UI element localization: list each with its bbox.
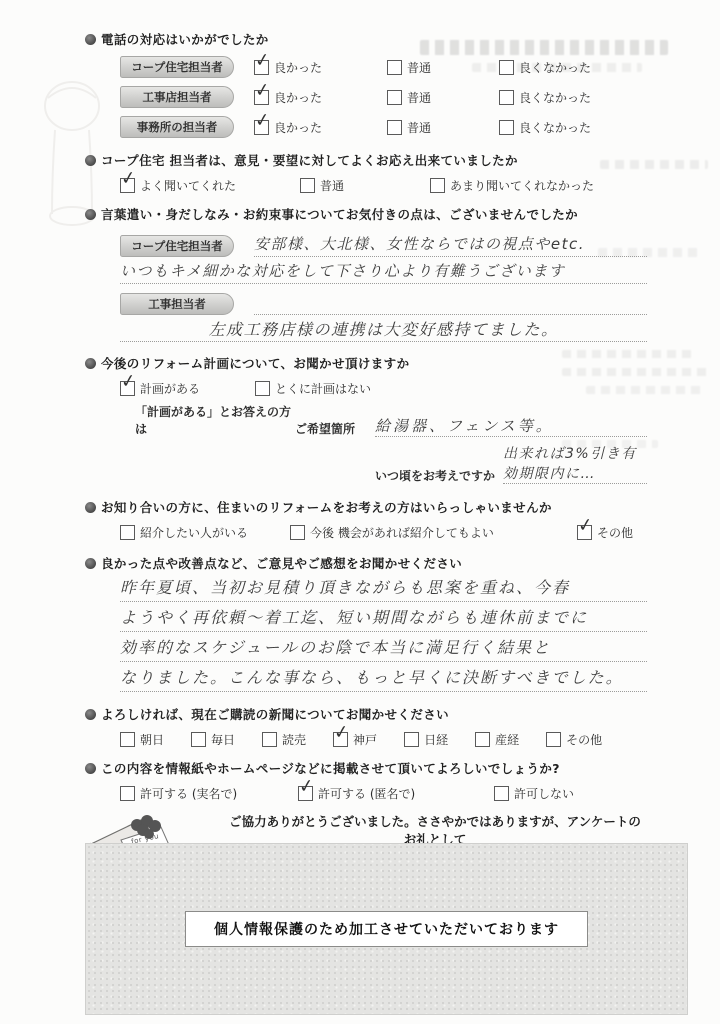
answer-line (254, 300, 647, 315)
option-normal: 普通 (387, 89, 499, 106)
section-referral: お知り合いの方に、住まいのリフォームをお考えの方はいらっしゃいませんか 紹介した… (85, 498, 647, 541)
section-feedback: 良かった点や改善点など、ご意見やご感想をお聞かせください 昨年夏頃、当初お見積り… (85, 554, 647, 692)
option-mainichi: 毎日 (191, 731, 235, 748)
handwritten-check-icon: ✓ (254, 81, 271, 101)
option-no-plan: とくに計画はない (255, 380, 371, 397)
staff-badge: 工事店担当者 (120, 86, 234, 108)
checkbox-listened[interactable]: ✓ (120, 178, 135, 193)
response-options: ✓よく聞いてくれた 普通 あまり聞いてくれなかった (120, 177, 647, 194)
handwritten-check-icon: ✓ (577, 516, 594, 536)
checkbox-has-plan[interactable]: ✓ (120, 381, 135, 396)
section-bullet-icon (85, 209, 96, 220)
handwritten-feedback: ようやく再依頼～着工迄、短い期間ながらも連休前までに (120, 605, 647, 632)
phone-row-kouji: 工事店担当者 ✓良かった 普通 良くなかった (120, 86, 647, 108)
checkbox-bad[interactable] (499, 90, 514, 105)
handwritten-check-icon: ✓ (120, 372, 137, 392)
option-not-listened: あまり聞いてくれなかった (430, 177, 594, 194)
handwritten-check-icon: ✓ (254, 111, 271, 131)
option-maybe-refer: 今後 機会があれば紹介してもよい (290, 524, 545, 541)
option-kobe: ✓神戸 (333, 731, 377, 748)
section-manner: 言葉遣い・身だしなみ・お約束事についてお気付きの点は、ございませんでしたか コー… (85, 205, 647, 342)
option-sankei: 産経 (475, 731, 519, 748)
option-deny: 許可しない (494, 785, 574, 802)
option-bad: 良くなかった (499, 89, 591, 106)
section-bullet-icon (85, 155, 96, 166)
section-bullet-icon (85, 558, 96, 569)
option-asahi: 朝日 (120, 731, 164, 748)
section-heading: よろしければ、現在ご購読の新聞についてお聞かせください (85, 705, 647, 723)
checkbox-good[interactable]: ✓ (254, 120, 269, 135)
checkbox-kobe[interactable]: ✓ (333, 732, 348, 747)
staff-badge: 事務所の担当者 (120, 116, 234, 138)
handwritten-feedback: 昨年夏頃、当初お見積り頂きながらも思案を重ね、今春 (120, 575, 647, 602)
plan-when-label: いつ頃をお考えですか (375, 467, 503, 484)
handwritten-comment: 左成工務店様の連携は大変好感持てました。 (120, 318, 647, 342)
section-bullet-icon (85, 763, 96, 774)
referral-options: 紹介したい人がいる 今後 機会があれば紹介してもよい ✓その他 (120, 524, 647, 541)
section-bullet-icon (85, 709, 96, 720)
option-normal: 普通 (300, 177, 430, 194)
checkbox-maybe-refer[interactable] (290, 525, 305, 540)
publish-options: 許可する (実名で) ✓許可する (匿名で) 許可しない (120, 785, 647, 802)
manner-coop-row: コープ住宅担当者 安部様、大北様、女性ならではの視点やetc. (120, 230, 647, 257)
checkbox-want-refer[interactable] (120, 525, 135, 540)
plan-place-row: 「計画がある」とお答えの方は ご希望箇所 給湯器、フェンス等。 (135, 403, 647, 437)
handwritten-feedback: なりました。こんな事なら、もっと早くに決断すべきでした。 (120, 665, 647, 692)
section-publish: この内容を情報紙やホームページなどに掲載させて頂いてよろしいでしょうか? 許可す… (85, 759, 647, 802)
checkbox-good[interactable]: ✓ (254, 90, 269, 105)
handwritten-check-icon: ✓ (298, 777, 315, 797)
checkbox-bad[interactable] (499, 120, 514, 135)
section-heading: 電話の対応はいかがでしたか (85, 30, 647, 48)
option-normal: 普通 (387, 59, 499, 76)
checkbox-allow-realname[interactable] (120, 786, 135, 801)
option-allow-anonymous: ✓許可する (匿名で) (298, 785, 494, 802)
privacy-notice-label: 個人情報保護のため加工させていただいております (185, 911, 588, 947)
handwritten-check-icon: ✓ (254, 51, 271, 71)
section-heading: コープ住宅 担当者は、意見・要望に対してよくお応え出来ていましたか (85, 151, 647, 169)
checkbox-no-plan[interactable] (255, 381, 270, 396)
section-phone: 電話の対応はいかがでしたか コープ住宅担当者 ✓良かった 普通 良くなかった 工… (85, 30, 647, 138)
section-heading: 良かった点や改善点など、ご意見やご感想をお聞かせください (85, 554, 647, 572)
handwritten-comment: いつもキメ細かな対応をして下さり心より有難うございます (120, 260, 647, 284)
handwritten-feedback: 効率的なスケジュールのお陰で本当に満足行く結果と (120, 635, 647, 662)
redacted-area: 個人情報保護のため加工させていただいております (85, 843, 688, 1015)
checkbox-normal[interactable] (387, 60, 402, 75)
checkbox-normal[interactable] (300, 178, 315, 193)
option-other: ✓その他 (577, 524, 633, 541)
option-bad: 良くなかった (499, 59, 591, 76)
staff-badge: コープ住宅担当者 (120, 235, 234, 257)
checkbox-nikkei[interactable] (404, 732, 419, 747)
checkbox-normal[interactable] (387, 120, 402, 135)
option-nikkei: 日経 (404, 731, 448, 748)
option-bad: 良くなかった (499, 119, 591, 136)
checkbox-not-listened[interactable] (430, 178, 445, 193)
section-response: コープ住宅 担当者は、意見・要望に対してよくお応え出来ていましたか ✓よく聞いて… (85, 151, 647, 194)
section-heading: 言葉遣い・身だしなみ・お約束事についてお気付きの点は、ございませんでしたか (85, 205, 647, 223)
option-has-plan: ✓計画がある (120, 380, 255, 397)
phone-row-coop: コープ住宅担当者 ✓良かった 普通 良くなかった (120, 56, 647, 78)
checkbox-mainichi[interactable] (191, 732, 206, 747)
option-normal: 普通 (387, 119, 499, 136)
plan-sub-intro: 「計画がある」とお答えの方は (135, 403, 295, 437)
checkbox-yomiuri[interactable] (262, 732, 277, 747)
handwritten-check-icon: ✓ (333, 723, 350, 743)
newspaper-options: 朝日 毎日 読売 ✓神戸 日経 産経 その他 (120, 731, 647, 748)
section-bullet-icon (85, 502, 96, 513)
checkbox-allow-anonymous[interactable]: ✓ (298, 786, 313, 801)
option-yomiuri: 読売 (262, 731, 306, 748)
handwritten-comment: 安部様、大北様、女性ならではの視点やetc. (254, 233, 647, 257)
form-content: 電話の対応はいかがでしたか コープ住宅担当者 ✓良かった 普通 良くなかった 工… (85, 30, 647, 924)
section-bullet-icon (85, 358, 96, 369)
option-want-refer: 紹介したい人がいる (120, 524, 290, 541)
section-bullet-icon (85, 34, 96, 45)
checkbox-sankei[interactable] (475, 732, 490, 747)
handwritten-check-icon: ✓ (120, 169, 137, 189)
option-good: ✓良かった (254, 119, 387, 136)
staff-badge: コープ住宅担当者 (120, 56, 234, 78)
option-listened: ✓よく聞いてくれた (120, 177, 300, 194)
phone-row-office: 事務所の担当者 ✓良かった 普通 良くなかった (120, 116, 647, 138)
checkbox-bad[interactable] (499, 60, 514, 75)
section-plan: 今後のリフォーム計画について、お聞かせ頂けますか ✓計画がある とくに計画はない… (85, 354, 647, 484)
manner-kouji-row: 工事担当者 (120, 293, 647, 315)
plan-place-label: ご希望箇所 (295, 420, 375, 437)
section-heading: お知り合いの方に、住まいのリフォームをお考えの方はいらっしゃいませんか (85, 498, 647, 516)
option-other: その他 (546, 731, 602, 748)
option-good: ✓良かった (254, 89, 387, 106)
staff-badge: 工事担当者 (120, 293, 234, 315)
handwritten-place: 給湯器、フェンス等。 (375, 415, 647, 437)
checkbox-asahi[interactable] (120, 732, 135, 747)
checkbox-normal[interactable] (387, 90, 402, 105)
section-newspaper: よろしければ、現在ご購読の新聞についてお聞かせください 朝日 毎日 読売 ✓神戸… (85, 705, 647, 748)
plan-options: ✓計画がある とくに計画はない (120, 380, 647, 397)
checkbox-other[interactable] (546, 732, 561, 747)
plan-when-row: いつ頃をお考えですか 出来れば3%引き有効期限内に… (375, 443, 647, 484)
checkbox-good[interactable]: ✓ (254, 60, 269, 75)
option-allow-realname: 許可する (実名で) (120, 785, 298, 802)
section-heading: 今後のリフォーム計画について、お聞かせ頂けますか (85, 354, 647, 372)
handwritten-when: 出来れば3%引き有効期限内に… (503, 443, 647, 484)
scanned-survey-form: 電話の対応はいかがでしたか コープ住宅担当者 ✓良かった 普通 良くなかった 工… (0, 0, 720, 1024)
section-heading: この内容を情報紙やホームページなどに掲載させて頂いてよろしいでしょうか? (85, 759, 647, 777)
checkbox-other[interactable]: ✓ (577, 525, 592, 540)
checkbox-deny[interactable] (494, 786, 509, 801)
option-good: ✓良かった (254, 59, 387, 76)
